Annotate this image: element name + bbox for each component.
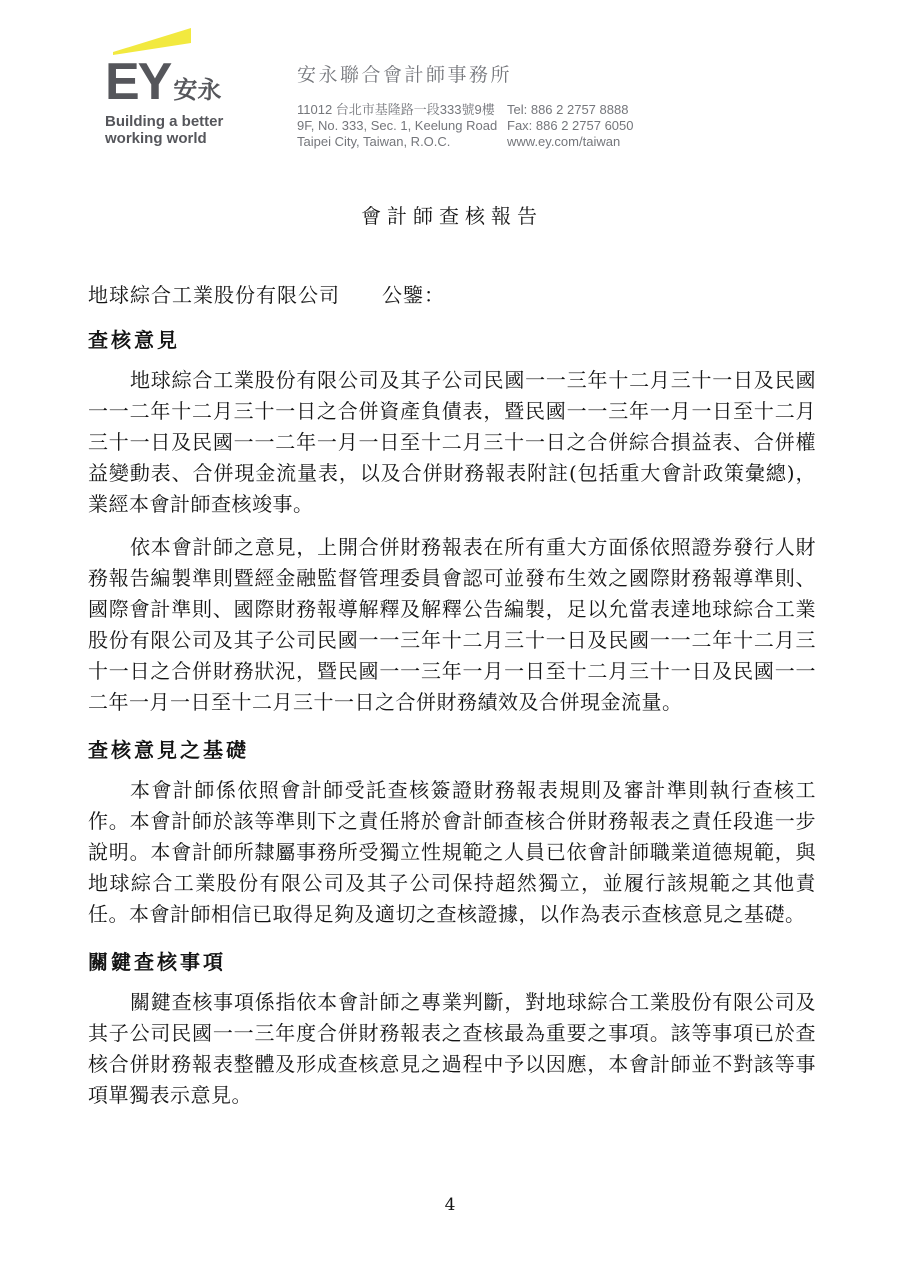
firm-name: 安永聯合會計師事務所 [297,60,634,87]
paragraph-opinion-scope: 地球綜合工業股份有限公司及其子公司民國一一三年十二月三十一日及民國一一二年十二月… [88,365,816,520]
firm-details: 11012 台北市基隆路一段333號9樓 9F, No. 333, Sec. 1… [297,102,634,150]
tel-line: Tel: 886 2 2757 8888 [507,102,634,118]
section-heading-audit-opinion: 查核意見 [88,324,816,353]
address-line-2: 9F, No. 333, Sec. 1, Keelung Road [297,118,497,134]
ey-wordmark-row: EY 安永 [105,61,277,104]
section-heading-basis-for-opinion: 查核意見之基礎 [88,734,816,763]
ey-beam-icon [113,28,191,55]
address-line-3: Taipei City, Taiwan, R.O.C. [297,134,497,150]
address-line-1: 11012 台北市基隆路一段333號9樓 [297,102,497,118]
addressee-line: 地球綜合工業股份有限公司 公鑒： [88,279,816,308]
section-heading-key-audit-matters: 關鍵查核事項 [88,946,816,975]
audit-report-page: EY 安永 Building a better working world 安永… [0,0,900,1273]
ey-tagline-line1: Building a better [105,113,277,130]
firm-contact: Tel: 886 2 2757 8888 Fax: 886 2 2757 605… [507,102,634,150]
firm-info: 安永聯合會計師事務所 11012 台北市基隆路一段333號9樓 9F, No. … [297,28,634,150]
paragraph-key-audit-matters: 關鍵查核事項係指依本會計師之專業判斷，對地球綜合工業股份有限公司及其子公司民國一… [88,987,816,1111]
firm-address: 11012 台北市基隆路一段333號9樓 9F, No. 333, Sec. 1… [297,102,497,150]
fax-line: Fax: 886 2 2757 6050 [507,118,634,134]
letter-body: 會計師查核報告 地球綜合工業股份有限公司 公鑒： 查核意見 地球綜合工業股份有限… [88,160,816,1111]
ey-tagline-line2: working world [105,130,277,147]
ey-logo: EY 安永 Building a better working world [105,28,277,147]
ey-chinese-name: 安永 [173,79,221,103]
ey-wordmark: EY [105,61,170,104]
paragraph-basis-for-opinion: 本會計師係依照會計師受託查核簽證財務報表規則及審計準則執行查核工作。本會計師於該… [88,775,816,930]
ey-tagline: Building a better working world [105,113,277,147]
document-title: 會計師查核報告 [88,200,816,229]
paragraph-opinion-statement: 依本會計師之意見，上開合併財務報表在所有重大方面係依照證券發行人財務報告編製準則… [88,532,816,718]
website-line: www.ey.com/taiwan [507,134,634,150]
page-number: 4 [0,1195,900,1215]
letterhead: EY 安永 Building a better working world 安永… [105,28,634,150]
